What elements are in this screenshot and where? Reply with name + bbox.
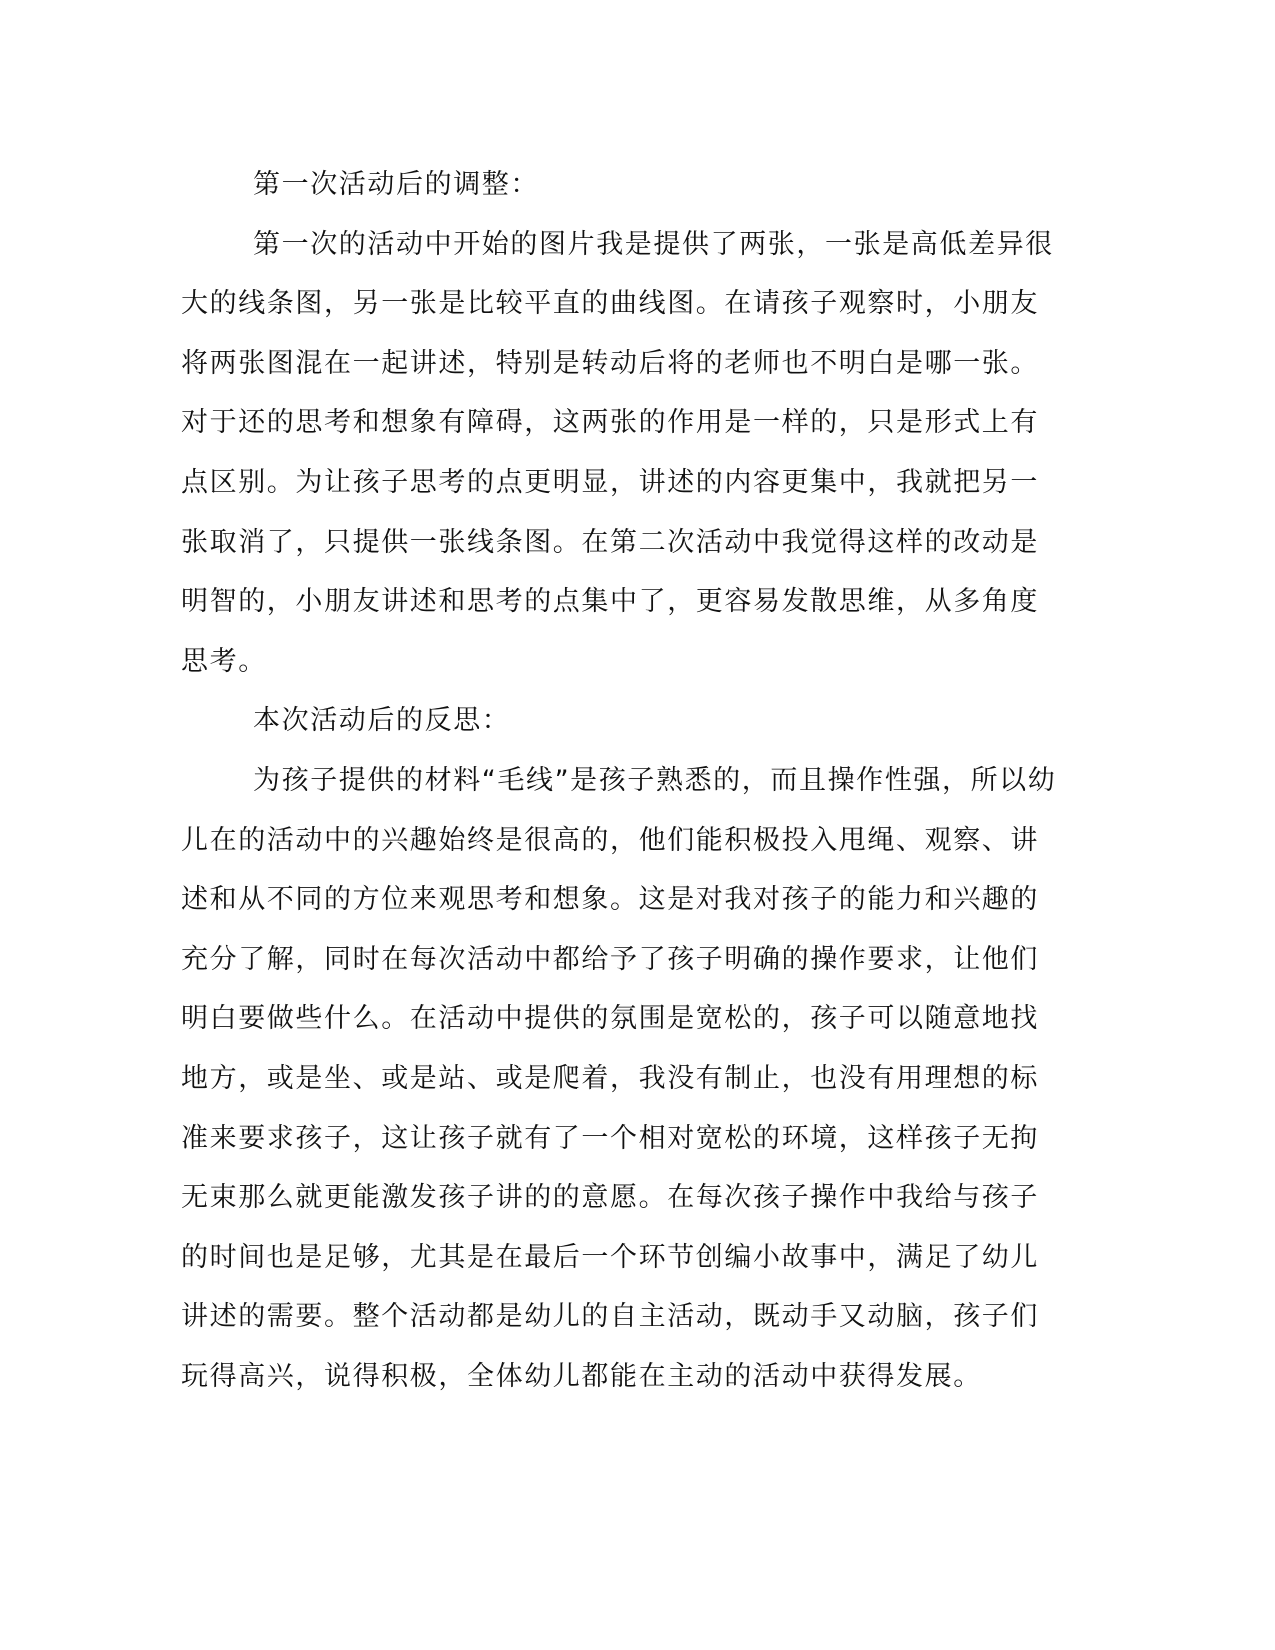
section-heading: 本次活动后的反思：: [181, 691, 1026, 751]
document-body: 第一次活动后的调整： 第一次的活动中开始的图片我是提供了两张，一张是高低差异很 …: [181, 155, 1026, 1406]
text-line: 无束那么就更能激发孩子讲的的意愿。在每次孩子操作中我给与孩子: [181, 1168, 1026, 1228]
text-line: 明白要做些什么。在活动中提供的氛围是宽松的，孩子可以随意地找: [181, 989, 1026, 1049]
text-line: 讲述的需要。整个活动都是幼儿的自主活动，既动手又动脑，孩子们: [181, 1287, 1026, 1347]
text-line: 述和从不同的方位来观思考和想象。这是对我对孩子的能力和兴趣的: [181, 870, 1026, 930]
text-line: 准来要求孩子，这让孩子就有了一个相对宽松的环境，这样孩子无拘: [181, 1109, 1026, 1169]
text-line: 地方，或是坐、或是站、或是爬着，我没有制止，也没有用理想的标: [181, 1049, 1026, 1109]
section-adjustment: 第一次活动后的调整： 第一次的活动中开始的图片我是提供了两张，一张是高低差异很 …: [181, 155, 1026, 691]
text-line: 的时间也是足够，尤其是在最后一个环节创编小故事中，满足了幼儿: [181, 1228, 1026, 1288]
text-line: 张取消了，只提供一张线条图。在第二次活动中我觉得这样的改动是: [181, 513, 1026, 573]
text-line: 玩得高兴，说得积极，全体幼儿都能在主动的活动中获得发展。: [181, 1347, 1026, 1407]
text-line: 大的线条图，另一张是比较平直的曲线图。在请孩子观察时，小朋友: [181, 274, 1026, 334]
paragraph: 第一次的活动中开始的图片我是提供了两张，一张是高低差异很 大的线条图，另一张是比…: [181, 215, 1026, 692]
text-line: 明智的，小朋友讲述和思考的点集中了，更容易发散思维，从多角度: [181, 572, 1026, 632]
paragraph: 为孩子提供的材料“毛线”是孩子熟悉的，而且操作性强，所以幼 儿在的活动中的兴趣始…: [181, 751, 1026, 1407]
text-line: 点区别。为让孩子思考的点更明显，讲述的内容更集中，我就把另一: [181, 453, 1026, 513]
section-heading: 第一次活动后的调整：: [181, 155, 1026, 215]
text-line: 将两张图混在一起讲述，特别是转动后将的老师也不明白是哪一张。: [181, 334, 1026, 394]
section-reflection: 本次活动后的反思： 为孩子提供的材料“毛线”是孩子熟悉的，而且操作性强，所以幼 …: [181, 691, 1026, 1406]
text-line: 思考。: [181, 632, 1026, 692]
document-page: 第一次活动后的调整： 第一次的活动中开始的图片我是提供了两张，一张是高低差异很 …: [0, 0, 1275, 1650]
text-line: 儿在的活动中的兴趣始终是很高的，他们能积极投入甩绳、观察、讲: [181, 811, 1026, 871]
text-line: 第一次的活动中开始的图片我是提供了两张，一张是高低差异很: [181, 215, 1026, 275]
text-line: 为孩子提供的材料“毛线”是孩子熟悉的，而且操作性强，所以幼: [181, 751, 1026, 811]
text-line: 对于还的思考和想象有障碍，这两张的作用是一样的，只是形式上有: [181, 393, 1026, 453]
text-line: 充分了解，同时在每次活动中都给予了孩子明确的操作要求，让他们: [181, 930, 1026, 990]
